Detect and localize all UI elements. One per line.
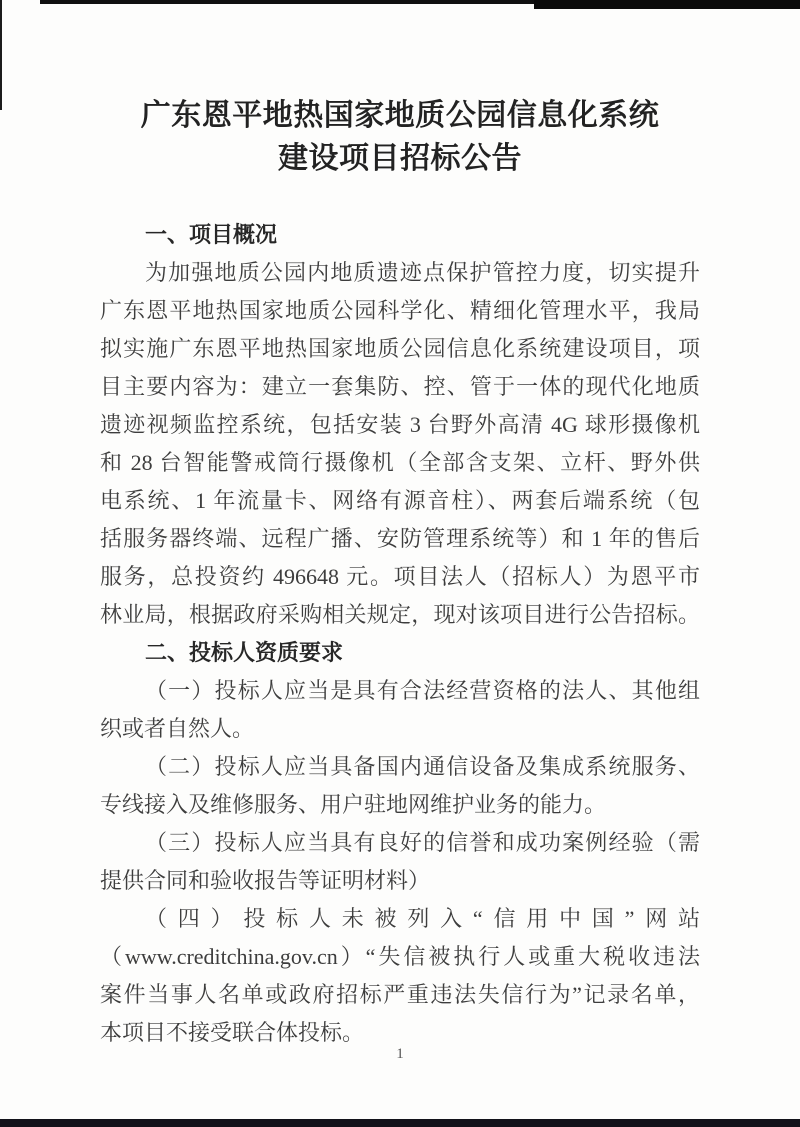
document-title: 广东恩平地热国家地质公园信息化系统 建设项目招标公告 xyxy=(100,94,700,180)
document-line: 拟实施广东恩平地热国家地质公园信息化系统建设项目，项 xyxy=(100,330,700,368)
page-number: 1 xyxy=(100,1046,700,1063)
document-lines: 一、项目概况为加强地质公园内地质遗迹点保护管控力度，切实提升广东恩平地热国家地质… xyxy=(100,216,700,1052)
document-line: 一、项目概况 xyxy=(100,216,700,254)
document-line: 为加强地质公园内地质遗迹点保护管控力度，切实提升 xyxy=(100,254,700,292)
document-title-line1: 广东恩平地热国家地质公园信息化系统 xyxy=(100,94,700,137)
document-line: 电系统、1 年流量卡、网络有源音柱）、两套后端系统（包 xyxy=(100,482,700,520)
document-line: （二）投标人应当具备国内通信设备及集成系统服务、 xyxy=(100,748,700,786)
scan-edge-bottom xyxy=(0,1119,800,1127)
document-line: 提供合同和验收报告等证明材料） xyxy=(100,862,700,900)
document-line: 和 28 台智能警戒筒行摄像机（全部含支架、立杆、野外供 xyxy=(100,444,700,482)
document-line: （四）投标人未被列入“信用中国”网站 xyxy=(100,900,700,938)
document-line: 专线接入及维修服务、用户驻地网维护业务的能力。 xyxy=(100,786,700,824)
document-line: 目主要内容为：建立一套集防、控、管于一体的现代化地质 xyxy=(100,368,700,406)
document-line: 遗迹视频监控系统，包括安装 3 台野外高清 4G 球形摄像机 xyxy=(100,406,700,444)
document-line: （三）投标人应当具有良好的信誉和成功案例经验（需 xyxy=(100,824,700,862)
document-line: 林业局，根据政府采购相关规定，现对该项目进行公告招标。 xyxy=(100,596,700,634)
document-content: 广东恩平地热国家地质公园信息化系统 建设项目招标公告 一、项目概况为加强地质公园… xyxy=(100,0,700,1052)
document-line: 服务，总投资约 496648 元。项目法人（招标人）为恩平市 xyxy=(100,558,700,596)
document-title-line2: 建设项目招标公告 xyxy=(100,137,700,180)
scan-edge-left xyxy=(0,0,2,110)
document-line: 织或者自然人。 xyxy=(100,710,700,748)
document-line: （www.creditchina.gov.cn）“失信被执行人或重大税收违法 xyxy=(100,938,700,976)
document-line: （一）投标人应当是具有合法经营资格的法人、其他组 xyxy=(100,672,700,710)
scanned-document-page: 广东恩平地热国家地质公园信息化系统 建设项目招标公告 一、项目概况为加强地质公园… xyxy=(0,0,800,1127)
document-line: 广东恩平地热国家地质公园科学化、精细化管理水平，我局 xyxy=(100,292,700,330)
document-line: 括服务器终端、远程广播、安防管理系统等）和 1 年的售后 xyxy=(100,520,700,558)
document-line: 二、投标人资质要求 xyxy=(100,634,700,672)
document-line: 案件当事人名单或政府招标严重违法失信行为”记录名单， xyxy=(100,976,700,1014)
